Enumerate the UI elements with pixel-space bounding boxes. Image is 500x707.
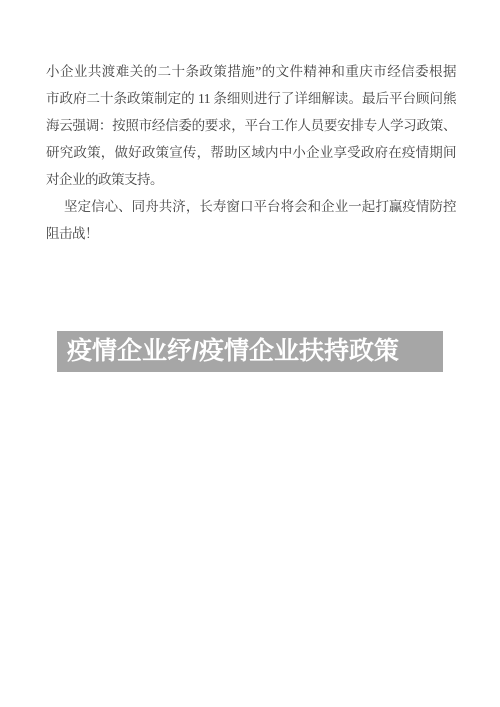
article-line: 研究政策，做好政策宣传，帮助区域内中小企业享受政府在疫情期间 xyxy=(46,139,456,166)
article-line: 市政府二十条政策制定的 11 条细则进行了详细解读。最后平台顾问熊 xyxy=(46,85,456,112)
article-line: 对企业的政策支持。 xyxy=(46,166,456,193)
article-line: 小企业共渡难关的二十条政策措施”的文件精神和重庆市经信委根据 xyxy=(46,58,456,85)
article-line: 坚定信心、同舟共济，长寿窗口平台将会和企业一起打赢疫情防控 xyxy=(46,193,456,220)
section-banner-title: 疫情企业纾/疫情企业扶持政策 xyxy=(67,337,399,365)
article-line: 海云强调：按照市经信委的要求，平台工作人员要安排专人学习政策、 xyxy=(46,112,456,139)
article-body: 小企业共渡难关的二十条政策措施”的文件精神和重庆市经信委根据 市政府二十条政策制… xyxy=(46,58,456,247)
section-banner: 疫情企业纾/疫情企业扶持政策 xyxy=(57,331,443,372)
article-line: 阻击战！ xyxy=(46,220,456,247)
document-page: 小企业共渡难关的二十条政策措施”的文件精神和重庆市经信委根据 市政府二十条政策制… xyxy=(0,0,500,707)
